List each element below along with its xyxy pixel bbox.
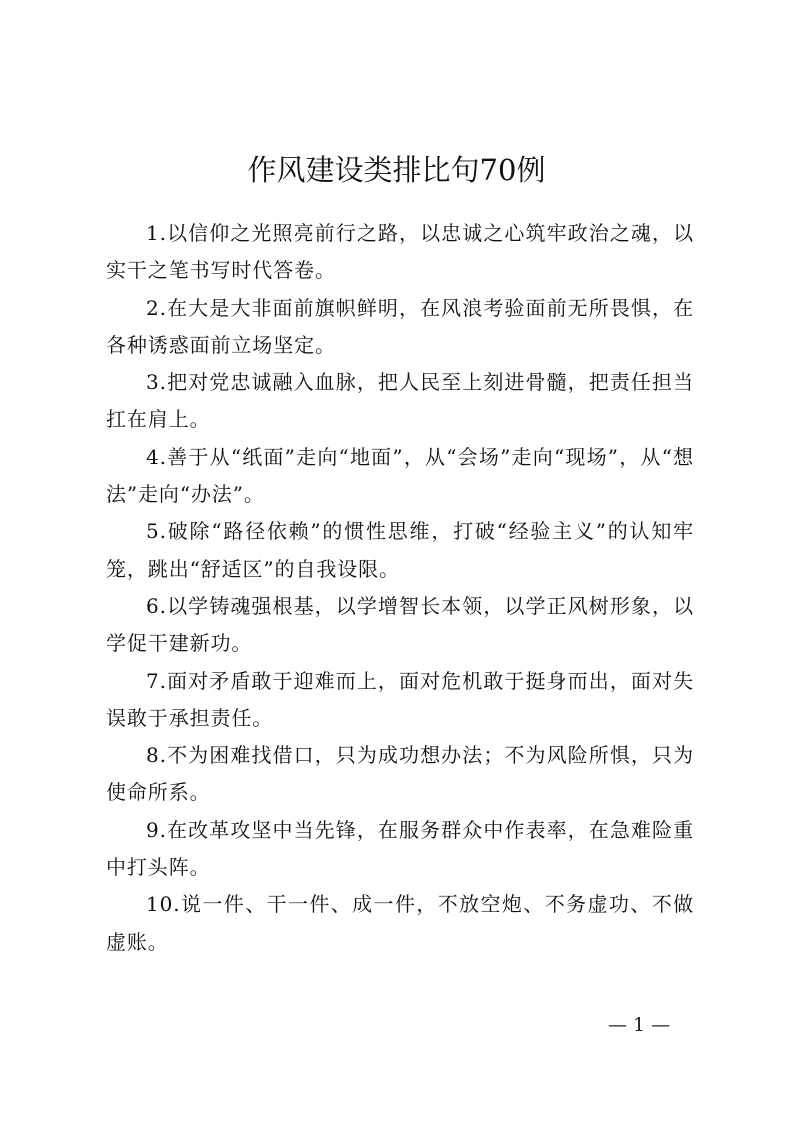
page-number: — 1 — <box>608 1013 670 1037</box>
paragraph-9: 9.在改革攻坚中当先锋，在服务群众中作表率，在急难险重中打头阵。 <box>106 812 694 887</box>
paragraph-7: 7.面对矛盾敢于迎难而上，面对危机敢于挺身而出，面对失误敢于承担责任。 <box>106 663 694 738</box>
document-title: 作风建设类排比句70例 <box>0 150 793 190</box>
paragraph-1: 1.以信仰之光照亮前行之路，以忠诚之心筑牢政治之魂，以实干之笔书写时代答卷。 <box>106 215 694 290</box>
document-body: 1.以信仰之光照亮前行之路，以忠诚之心筑牢政治之魂，以实干之笔书写时代答卷。 2… <box>106 215 694 961</box>
paragraph-4: 4.善于从“纸面”走向“地面”，从“会场”走向“现场”，从“想法”走向“办法”。 <box>106 439 694 514</box>
paragraph-5: 5.破除“路径依赖”的惯性思维，打破“经验主义”的认知牢笼，跳出“舒适区”的自我… <box>106 513 694 588</box>
paragraph-6: 6.以学铸魂强根基，以学增智长本领，以学正风树形象，以学促干建新功。 <box>106 588 694 663</box>
paragraph-3: 3.把对党忠诚融入血脉，把人民至上刻进骨髓，把责任担当扛在肩上。 <box>106 364 694 439</box>
paragraph-8: 8.不为困难找借口，只为成功想办法；不为风险所惧，只为使命所系。 <box>106 737 694 812</box>
paragraph-2: 2.在大是大非面前旗帜鲜明，在风浪考验面前无所畏惧，在各种诱惑面前立场坚定。 <box>106 290 694 365</box>
paragraph-10: 10.说一件、干一件、成一件，不放空炮、不务虚功、不做虚账。 <box>106 886 694 961</box>
